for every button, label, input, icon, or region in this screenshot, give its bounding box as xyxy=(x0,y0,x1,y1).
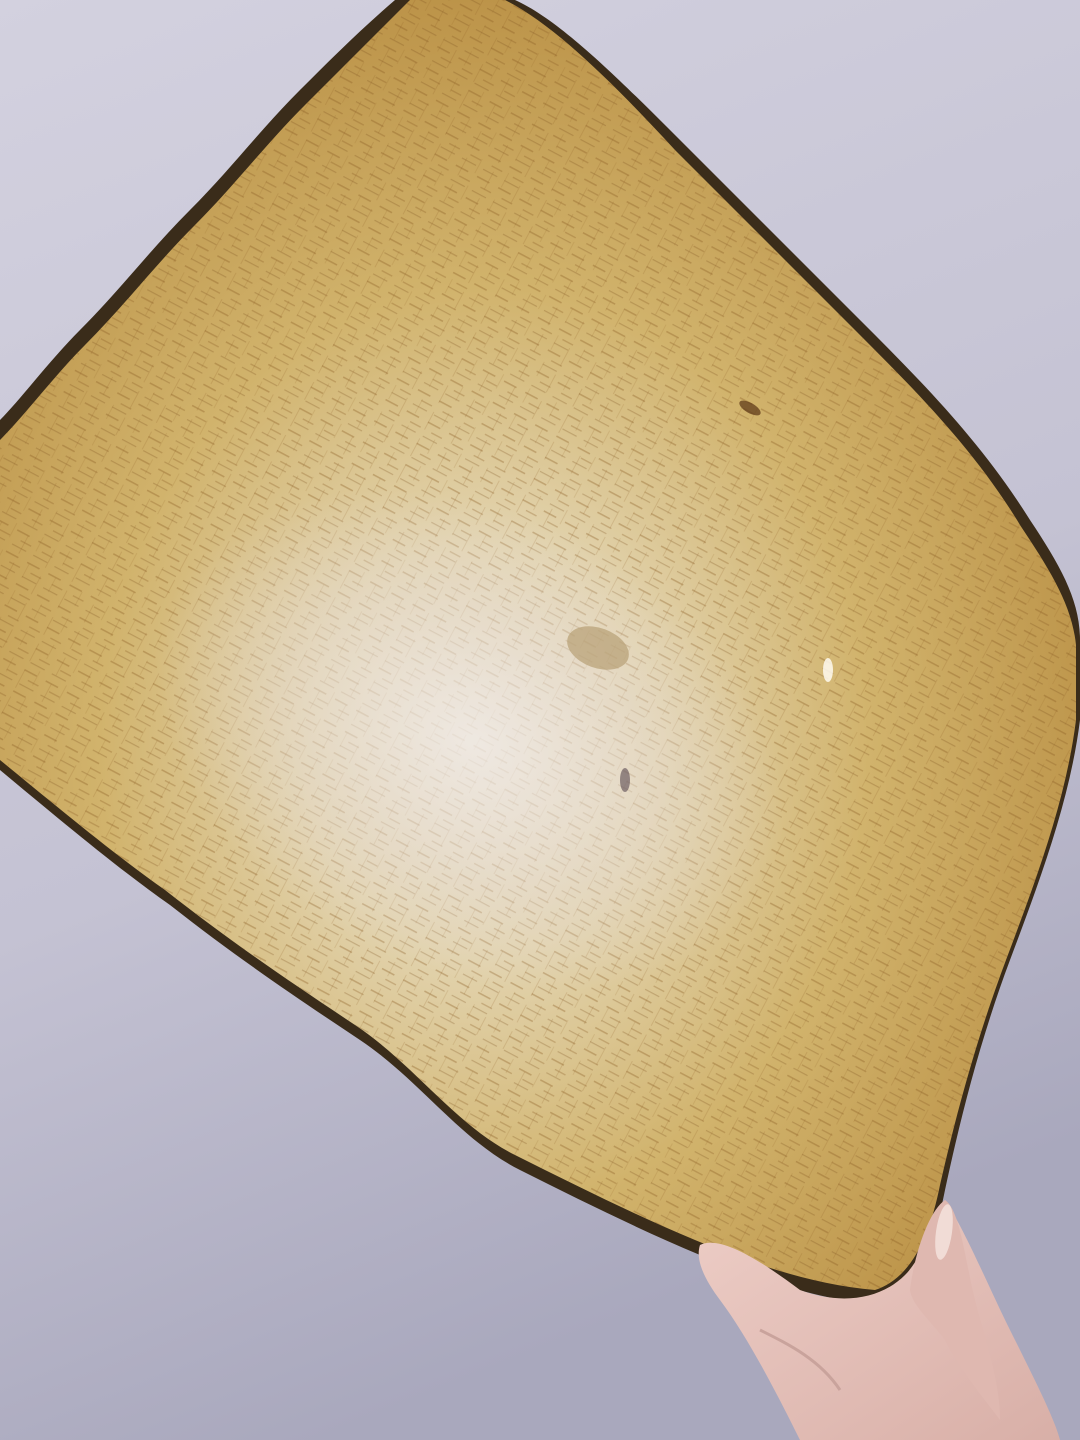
shine-spot xyxy=(823,658,833,682)
photo-canvas xyxy=(0,0,1080,1440)
photo-scene xyxy=(0,0,1080,1440)
paint-chip xyxy=(620,768,630,792)
